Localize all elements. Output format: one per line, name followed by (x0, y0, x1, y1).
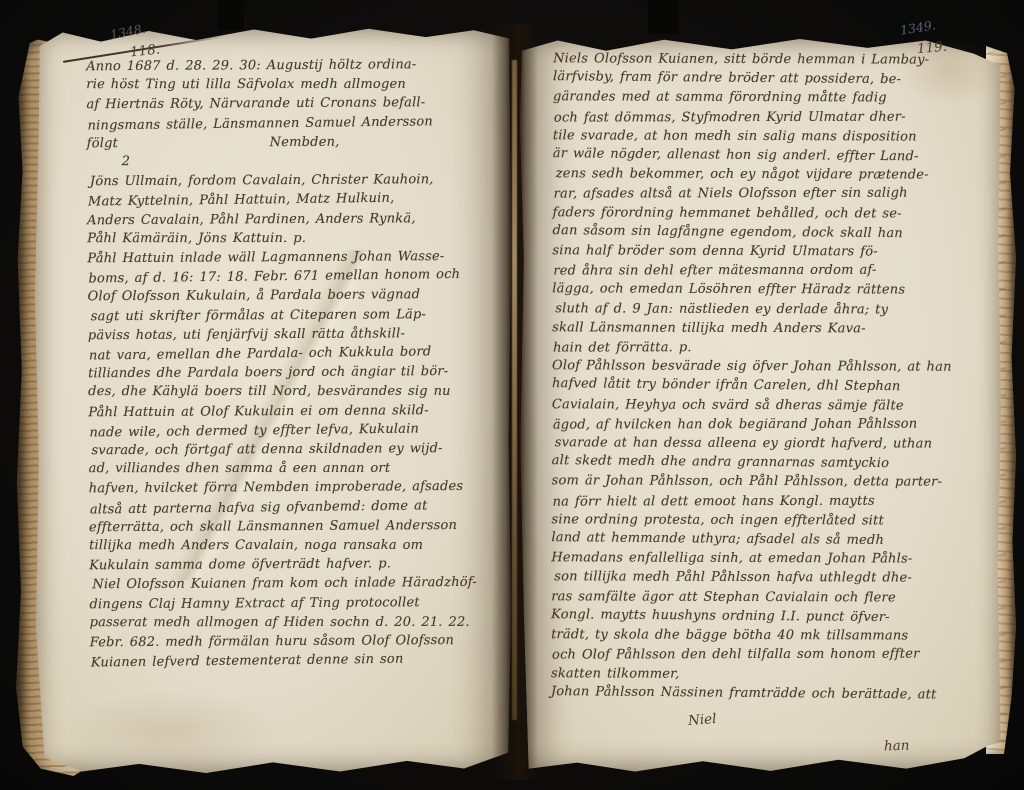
manuscript-line: ad, villiandes dhen samma å een annan or… (89, 459, 501, 479)
manuscript-photo: 1348. 118. 1349. 119. Anno 1687 d. 28. 2… (0, 0, 1024, 790)
manuscript-line: passerat medh allmogen af Hiden sochn d.… (90, 613, 502, 633)
manuscript-line: svarade, och förtgaf att denna skildnade… (91, 439, 503, 461)
manuscript-line: är wäle nögder, allenast hon sig anderl.… (553, 144, 987, 167)
manuscript-line: rar, afsades altså at Niels Olofsson eft… (554, 184, 988, 204)
manuscript-line: des, dhe Kähylä boers till Nord, besvära… (88, 382, 500, 402)
catchword-left: Niel (687, 711, 716, 729)
gutter-binding-sliver (512, 60, 517, 720)
manuscript-line: tillijka medh Anders Cavalain, noga rans… (89, 536, 501, 556)
manuscript-line: hafved låtit try bönder ifrån Carelen, d… (552, 375, 986, 398)
manuscript-line: skatten tilkommer, (551, 664, 985, 685)
manuscript-line: Kukulain samma dome öfverträdt hafver. p… (89, 554, 501, 576)
manuscript-line: rie höst Ting uti lilla Säfvolax medh al… (86, 75, 498, 95)
manuscript-line: hain det förrätta. p. (553, 337, 987, 357)
manuscript-line: Kuianen lefverd testementerat denne sin … (91, 649, 503, 673)
manuscript-line: och fast dömmas, Styfmodren Kyrid Ulmata… (554, 107, 988, 127)
manuscript-line: faders förordning hemmanet behålled, och… (553, 203, 987, 224)
manuscript-line: tile svarade, at hon medh sin salig mans… (553, 126, 987, 147)
manuscript-line: ras samfälte ägor att Stephan Cavialain … (551, 587, 985, 608)
manuscript-line: sluth af d. 9 Jan: nästlieden ey derlade… (555, 299, 989, 320)
binding-notch (648, 0, 678, 34)
manuscript-line: lägga, och emedan Lösöhren effter Häradz… (552, 280, 986, 301)
manuscript-line: Niel Olofsson Kuianen fram kom och inlad… (92, 573, 504, 595)
manuscript-line: Anno 1687 d. 28. 29. 30: Augustij höltz … (86, 55, 498, 77)
manuscript-line: trädt, ty skola dhe bägge bötha 40 mk ti… (551, 625, 985, 646)
manuscript-line: Kongl. maytts huushyns ordning I.I. punc… (551, 605, 985, 628)
manuscript-line: 2 (87, 152, 499, 172)
manuscript-line: zens sedh bekommer, och ey något vijdare… (556, 164, 990, 185)
paper-stain (60, 690, 280, 770)
manuscript-line: tilliandes dhe Pardala boers jord och än… (88, 362, 500, 384)
manuscript-line: na förr hielt al dett emoot hans Kongl. … (553, 491, 987, 511)
manuscript-line: red åhra sin dehl efter mätesmanna ordom… (553, 261, 987, 281)
manuscript-line: Anders Cavalain, Påhl Pardinen, Anders R… (87, 208, 499, 230)
manuscript-line: gärandes med at samma förordning måtte f… (553, 88, 987, 109)
manuscript-line: Hemadans enfallelliga sinh, at emedan Jo… (551, 549, 985, 570)
manuscript-line: lärfvisby, fram för andre bröder att pos… (553, 67, 987, 90)
manuscript-line: skall Länsmannen tillijka medh Anders Ka… (552, 318, 986, 339)
manuscript-line: son tillijka medh Påhl Påhlsson hafva ut… (554, 568, 988, 589)
manuscript-line: Olof Olofsson Kukulain, å Pardala boers … (88, 285, 500, 307)
manuscript-line: Påhl Kämäräin, Jöns Kattuin. p. (87, 229, 499, 249)
manuscript-line: och Olof Påhlsson den dehl tilfalla som … (552, 645, 986, 665)
manuscript-line: ägod, af hvilcken han dok begiärand Joha… (553, 414, 987, 434)
manuscript-line: land att hemmande uthyra; afsadel als så… (551, 528, 985, 551)
right-page-handwritten-text: Niels Olofsson Kuianen, sitt börde hemma… (551, 49, 987, 703)
manuscript-line: Johan Påhlsson Nässinen framträdde och b… (551, 682, 985, 705)
archive-folio-right: 1349. (899, 17, 937, 37)
left-page-handwritten-text: Anno 1687 d. 28. 29. 30: Augustij höltz … (86, 55, 502, 672)
manuscript-line: som är Johan Påhlsson, och Påhl Påhlsson… (552, 472, 986, 493)
binding-notch (218, 0, 244, 30)
manuscript-line: dan såsom sin lagfångne egendom, dock sk… (552, 221, 986, 244)
manuscript-line: Cavialain, Heyhya och svärd så dheras sä… (552, 395, 986, 416)
manuscript-line: sina half bröder som denna Kyrid Ulmatar… (552, 241, 986, 262)
manuscript-line: dingens Claj Hamny Extract af Ting proto… (89, 592, 501, 614)
manuscript-line: sagt uti skrifter förmålas at Citeparen … (91, 304, 503, 326)
catchword-right: han (884, 738, 910, 755)
manuscript-line: alt skedt medh dhe andra grannarnas samt… (552, 451, 986, 474)
